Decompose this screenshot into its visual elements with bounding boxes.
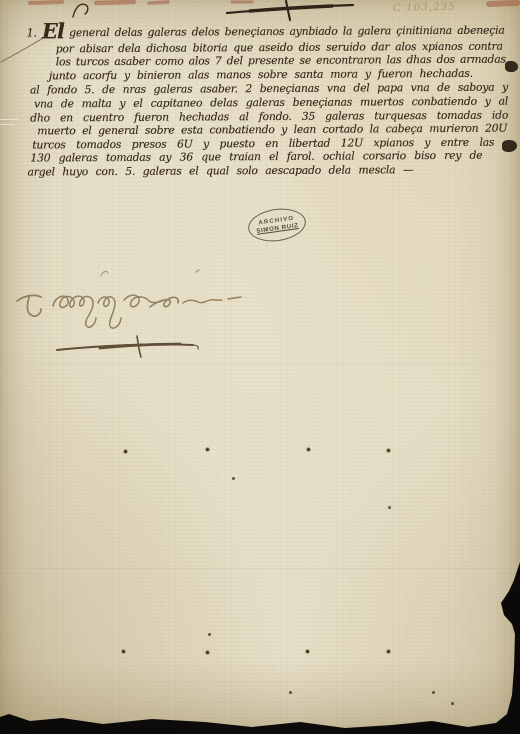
pinhole: [306, 447, 311, 452]
lower-cross-mark: [57, 336, 198, 357]
item-number-marker: 1.: [27, 26, 37, 39]
faint-ink-dot: [101, 270, 199, 276]
paper-speck: [232, 477, 235, 480]
photo-background: C 103,235 1. El general delas galeras de…: [0, 0, 520, 734]
paper-speck: [432, 691, 435, 694]
pinhole: [123, 449, 128, 454]
manuscript-line: 130 galeras tomadas ay 36 que traian el …: [30, 150, 482, 165]
ink-blot: [505, 61, 518, 72]
paper-scratch: [0, 119, 18, 120]
pinhole: [386, 448, 391, 453]
pinhole: [121, 649, 126, 654]
paper-speck: [388, 506, 391, 509]
manuscript-line-text: general delas galeras delos beneçianos a…: [69, 24, 505, 40]
flourished-initial: El: [42, 18, 64, 43]
pinhole: [386, 649, 391, 654]
pinhole: [305, 649, 310, 654]
signature-showthrough-mark: [17, 295, 241, 328]
paper-speck: [451, 702, 454, 705]
paper-crease: [0, 363, 520, 365]
archive-stamp: ARCHIVO SIMON RUIZ: [246, 205, 308, 245]
paper-speck: [208, 633, 211, 636]
manuscript-text-block: 1. El general delas galeras delos beneçi…: [0, 0, 520, 202]
manuscript-line: 1. El general delas galeras delos beneçi…: [27, 22, 505, 40]
pinhole: [205, 650, 210, 655]
pinhole: [205, 447, 210, 452]
paper-scratch: [0, 124, 14, 125]
paper-crease: [0, 568, 520, 570]
manuscript-page: C 103,235 1. El general delas galeras de…: [0, 0, 520, 734]
paper-speck: [289, 691, 292, 694]
manuscript-line: argel huyo con. 5. galeras el qual solo …: [27, 164, 413, 178]
